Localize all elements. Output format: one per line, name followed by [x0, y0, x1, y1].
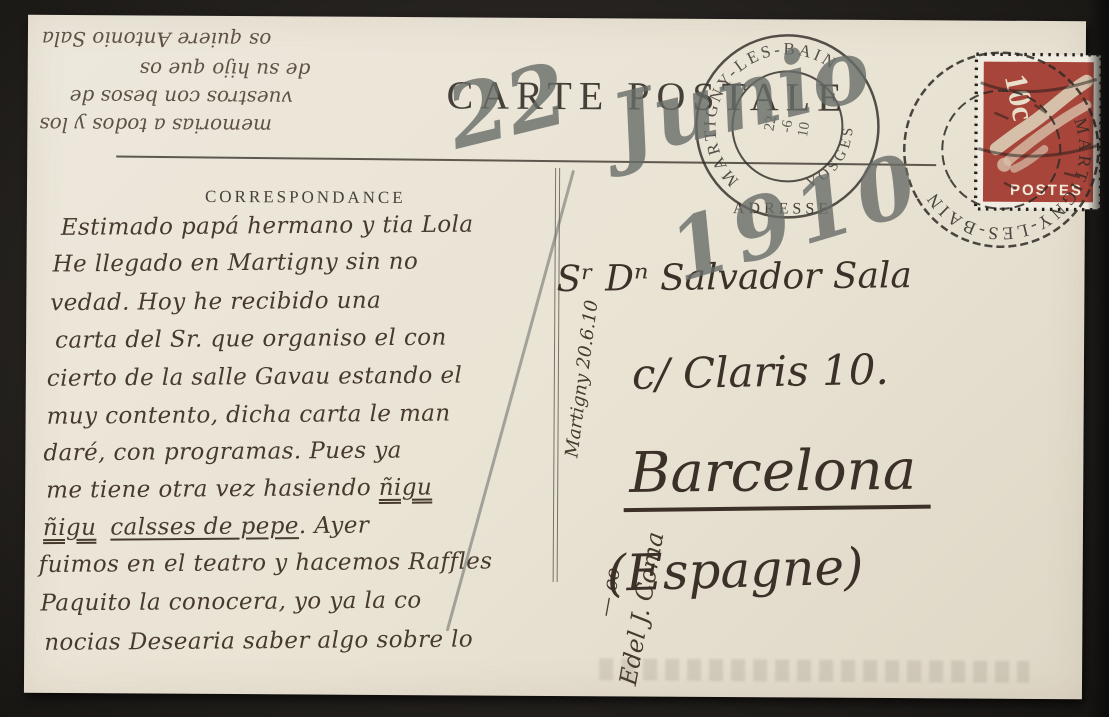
message-text: me tiene otra vez hasiendo [46, 475, 379, 504]
pencil-date-day: 22 [437, 43, 577, 169]
inverted-note-line: memorias a todos y los [39, 113, 272, 138]
message-line: daré, con programas. Pues ya [43, 438, 402, 467]
address-street: c/ Claris 10. [631, 345, 889, 399]
photo-background: CARTE POSTALE CORRESPONDANCE ADRESSE os … [0, 0, 1109, 717]
underlined-word: ñigu [43, 515, 97, 541]
ghost-print-smudge [599, 658, 1029, 683]
message-line: ñigucalsses de pepe. Ayer [43, 513, 369, 542]
inverted-note-line: de su hijo que os [140, 57, 311, 82]
address-city: Barcelona [623, 438, 931, 512]
address-country: (Espagne) [606, 537, 864, 602]
underlined-word: ñigu [379, 475, 433, 501]
message-line: vedad. Hoy he recibido una [50, 288, 381, 317]
message-line: Estimado papá hermano y tia Lola [61, 212, 474, 241]
message-text: . Ayer [299, 513, 370, 540]
message-line: He llegado en Martigny sin no [52, 249, 418, 278]
message-line: nocias Desearia saber algo sobre lo [44, 627, 473, 656]
message-line: carta del Sr. que organiso el con [55, 325, 447, 354]
place-date-note: Martigny 20.6.10 [561, 299, 602, 459]
inverted-note-line: vuestros con besos de [70, 85, 293, 110]
message-line: fuimos en el teatro y hacemos Raffles [39, 548, 493, 578]
message-line: cierto de la salle Gavau estando el [47, 363, 463, 392]
correspondence-heading: CORRESPONDANCE [205, 187, 406, 208]
message-line: Paquito la conocera, yo ya la co [40, 588, 421, 617]
message-line: muy contento, dicha carta le man [47, 401, 451, 430]
postcard: CARTE POSTALE CORRESPONDANCE ADRESSE os … [24, 15, 1086, 699]
underlined-phrase: calsses de pepe [110, 513, 299, 540]
message-line: me tiene otra vez hasiendo ñigu [46, 475, 432, 504]
inverted-note-line: os quiere Antonio Sala [42, 27, 272, 52]
